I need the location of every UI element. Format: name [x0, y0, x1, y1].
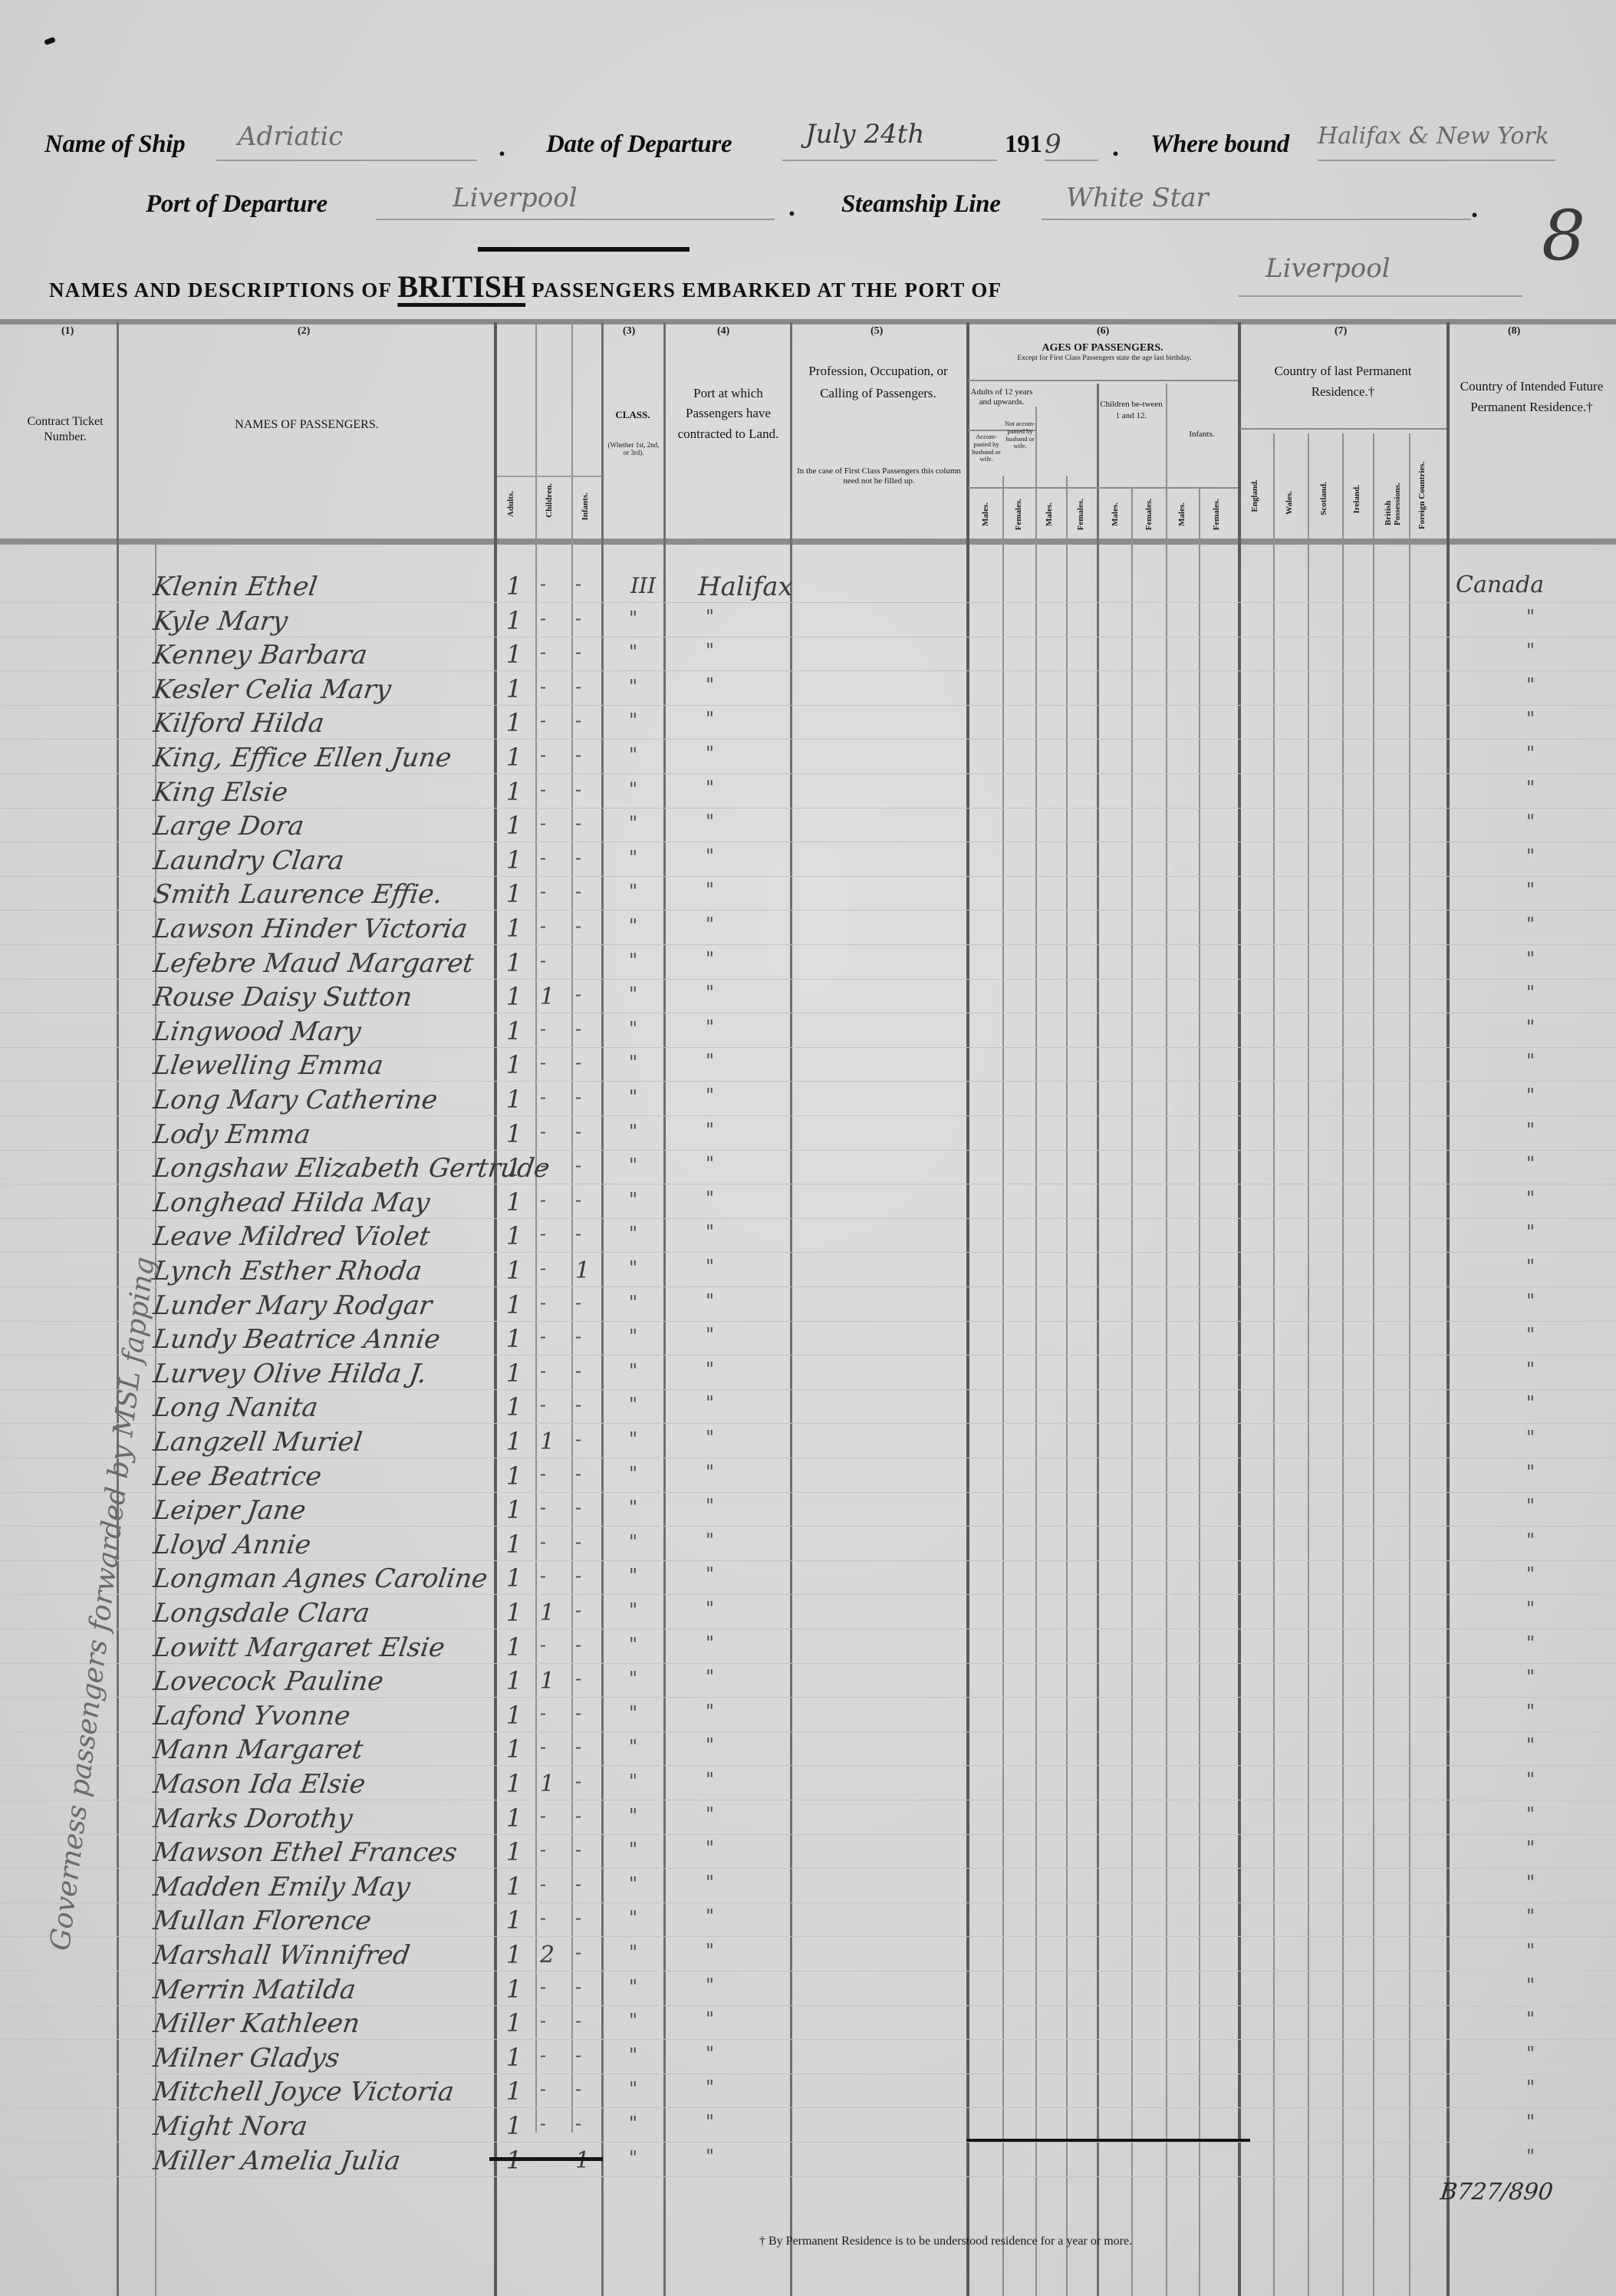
reference-number: B727/890 — [1439, 2179, 1554, 2205]
future-residence: " — [1526, 2008, 1535, 2030]
passenger-class: " — [629, 1052, 637, 1073]
females-header: Females. — [1014, 499, 1023, 530]
adults-count: 1 — [506, 914, 522, 943]
passenger-name: Lynch Esther Rhoda — [151, 1256, 423, 1286]
adults-count: 1 — [506, 1837, 522, 1866]
females-header: Females. — [1076, 499, 1085, 530]
port-to-land: " — [706, 845, 714, 867]
future-residence: " — [1526, 1769, 1535, 1790]
port-to-land: " — [706, 1872, 714, 1893]
infants-count: - — [575, 881, 581, 902]
port-to-land: " — [706, 1324, 714, 1346]
children-count: 1 — [540, 1428, 555, 1455]
children-count: - — [540, 1155, 546, 1176]
port-to-land: " — [706, 1701, 714, 1722]
females-header: Females. — [1144, 499, 1154, 530]
passenger-row: Mullan Florence1--""" — [0, 1906, 1616, 1939]
adults-count: 1 — [506, 1495, 522, 1524]
port-to-land: " — [706, 811, 714, 832]
passenger-name: Kesler Celia Mary — [151, 674, 393, 705]
adults-count: 1 — [506, 1632, 522, 1662]
passenger-class: " — [629, 1121, 637, 1142]
passenger-class: " — [629, 1771, 637, 1792]
adults-count: 1 — [506, 708, 522, 737]
future-residence: " — [1526, 1085, 1535, 1106]
name-of-ship-line — [216, 160, 477, 161]
children-count: - — [540, 1736, 546, 1757]
passenger-row: Longman Agnes Caroline1--""" — [0, 1563, 1616, 1597]
children-count: - — [540, 2078, 546, 2100]
port-to-land: " — [706, 1392, 714, 1414]
adults-count: 1 — [506, 1119, 522, 1148]
title-prefix: NAMES AND DESCRIPTIONS OF — [49, 278, 391, 301]
passenger-class: " — [629, 1907, 637, 1929]
children-count: - — [540, 2010, 546, 2031]
col6-number: (6) — [1097, 325, 1109, 338]
port-to-land: " — [706, 1666, 714, 1688]
passenger-class: " — [629, 1702, 637, 1724]
children-header: Children. — [545, 483, 554, 518]
footnote: † By Permanent Residence is to be unders… — [759, 2235, 1132, 2248]
port-to-land: " — [706, 879, 714, 901]
date-line — [782, 160, 997, 161]
port-to-land: " — [706, 708, 714, 730]
passenger-name: Laundry Clara — [151, 845, 346, 876]
future-residence: " — [1526, 1666, 1535, 1688]
males-header: Males. — [1045, 502, 1054, 526]
names-header: NAMES OF PASSENGERS. — [230, 414, 383, 435]
passenger-class: " — [629, 1668, 637, 1689]
port-to-land: " — [706, 743, 714, 764]
title-rule — [478, 247, 690, 252]
adults-count: 1 — [506, 1050, 522, 1079]
england-header: England. — [1250, 479, 1259, 512]
passenger-class: " — [629, 983, 637, 1005]
children-count: - — [540, 1873, 546, 1895]
children-count: - — [540, 2044, 546, 2066]
passenger-row: Laundry Clara1--""" — [0, 845, 1616, 879]
children-count: - — [540, 1292, 546, 1313]
adults-count: 1 — [506, 982, 522, 1011]
year-line — [1045, 160, 1098, 161]
adults-count: 1 — [506, 1975, 522, 2004]
last-residence-header: Country of last Permanent Residence.† — [1242, 361, 1443, 402]
passenger-name: Mason Ida Elsie — [151, 1769, 367, 1800]
future-residence: " — [1526, 1188, 1535, 1209]
passenger-class: " — [629, 1018, 637, 1039]
port-line — [376, 219, 775, 220]
passenger-row: Smith Laurence Effie.1--""" — [0, 879, 1616, 913]
port-to-land: " — [706, 948, 714, 970]
passenger-row: Lefebre Maud Margaret1-""" — [0, 948, 1616, 982]
future-residence: " — [1526, 1804, 1535, 1825]
passenger-name: Lloyd Annie — [151, 1530, 313, 1560]
passenger-name: Large Dora — [151, 811, 306, 842]
year-prefix: 191 — [1005, 130, 1042, 159]
future-residence: " — [1526, 1701, 1535, 1722]
adults-count: 1 — [506, 1290, 522, 1319]
infants-count: - — [575, 1736, 581, 1757]
passenger-row: Lowitt Margaret Elsie1--""" — [0, 1632, 1616, 1666]
infants-count: - — [575, 1018, 581, 1039]
children-count: - — [540, 1360, 546, 1382]
infants-count: - — [575, 1565, 581, 1586]
adults-count: 1 — [506, 948, 522, 977]
passenger-class: " — [629, 1873, 637, 1895]
year-suffix: 9 — [1045, 129, 1061, 160]
children-count: - — [540, 1907, 546, 1929]
children-count: - — [540, 2113, 546, 2134]
children-count: - — [540, 779, 546, 800]
infants-count: - — [575, 1463, 581, 1484]
passenger-row: King, Effice Ellen June1--""" — [0, 743, 1616, 776]
future-residence: " — [1526, 1050, 1535, 1072]
adults-count: 1 — [506, 845, 522, 875]
adults-count: 1 — [506, 1324, 522, 1353]
passenger-class: " — [629, 1634, 637, 1655]
where-bound-label: Where bound — [1150, 130, 1289, 159]
passenger-name: Lingwood Mary — [151, 1016, 363, 1047]
scotland-header: Scotland. — [1319, 482, 1328, 516]
port-to-land: " — [706, 1495, 714, 1517]
contract-ticket-header: Contract Ticket Number. — [15, 414, 115, 445]
passenger-class: " — [629, 1497, 637, 1518]
date-of-departure-value: July 24th — [805, 119, 924, 150]
manifest-title: NAMES AND DESCRIPTIONS OF BRITISH PASSEN… — [49, 268, 1002, 305]
passenger-name: Lundy Beatrice Annie — [151, 1324, 442, 1355]
port-to-land: " — [706, 1221, 714, 1243]
infants-count: - — [575, 2078, 581, 2100]
page-number: 8 — [1542, 196, 1585, 276]
future-residence: " — [1526, 1290, 1535, 1312]
passenger-class: " — [629, 881, 637, 902]
infants-count: - — [575, 1907, 581, 1929]
not-accompanied-header: Not accom-panied by husband or wife. — [1004, 420, 1036, 450]
females-header: Females. — [1212, 499, 1221, 530]
passenger-class: " — [629, 1257, 637, 1279]
passenger-row: Lody Emma1--""" — [0, 1119, 1616, 1153]
children-count: - — [540, 1189, 546, 1211]
port-to-land: " — [706, 1530, 714, 1551]
infants-count: - — [575, 1976, 581, 1998]
children-count: - — [540, 915, 546, 937]
infants-count: - — [575, 1873, 581, 1895]
port-to-land: " — [706, 1290, 714, 1312]
children-count: 1 — [540, 983, 555, 1010]
passenger-name: Long Mary Catherine — [151, 1085, 439, 1115]
children-count: 1 — [540, 1668, 555, 1695]
adults-count: 1 — [506, 811, 522, 840]
port-to-land: " — [706, 1188, 714, 1209]
passenger-name: Longsdale Clara — [151, 1598, 371, 1629]
passenger-name: Miller Kathleen — [151, 2008, 361, 2039]
children-count: 1 — [540, 1771, 555, 1797]
future-residence: " — [1526, 2146, 1535, 2167]
infants-count: - — [575, 1121, 581, 1142]
infants-count: - — [575, 1155, 581, 1176]
future-residence: " — [1526, 845, 1535, 867]
future-residence: " — [1526, 606, 1535, 628]
name-of-ship-label: Name of Ship — [44, 130, 185, 159]
passenger-name: Lurvey Olive Hilda J. — [151, 1359, 428, 1389]
adults-count: 1 — [506, 1734, 522, 1764]
passenger-name: Lody Emma — [151, 1119, 312, 1150]
children-count: - — [540, 1086, 546, 1108]
ages-note: Except for First Class Passengers state … — [997, 354, 1212, 363]
port-to-land: " — [706, 1734, 714, 1756]
where-bound-line — [1318, 160, 1555, 161]
future-residence: " — [1526, 914, 1535, 935]
port-to-land: Halifax — [698, 572, 793, 602]
children-count: - — [540, 1018, 546, 1039]
ages-subheader-line — [968, 380, 1238, 381]
future-residence: " — [1526, 1461, 1535, 1483]
future-residence: " — [1526, 1119, 1535, 1141]
port-to-land: " — [706, 2111, 714, 2133]
children-count: - — [540, 1565, 546, 1586]
future-residence: " — [1526, 1495, 1535, 1517]
infants-count: - — [575, 779, 581, 800]
passenger-row: Long Nanita1--""" — [0, 1392, 1616, 1426]
infants-count: - — [575, 1497, 581, 1518]
passenger-class: " — [629, 710, 637, 731]
port-to-land: " — [706, 674, 714, 696]
children-count: - — [540, 676, 546, 697]
infants-count: - — [575, 1942, 581, 1963]
passenger-class: " — [629, 1292, 637, 1313]
adults-count: 1 — [506, 1598, 522, 1627]
port-to-land: " — [706, 1804, 714, 1825]
class-subheader: (Whether 1st, 2nd, or 3rd). — [606, 441, 661, 457]
residence-subheader-line — [1239, 428, 1447, 430]
infants-count: - — [575, 744, 581, 766]
infants-count: - — [575, 915, 581, 937]
separator-dot: . — [1112, 130, 1119, 163]
infants-count: - — [575, 1634, 581, 1655]
port-to-land: " — [706, 1632, 714, 1654]
future-residence: " — [1526, 1324, 1535, 1346]
adults-count: 1 — [506, 2043, 522, 2072]
port-to-land: " — [706, 1050, 714, 1072]
passenger-row: Long Mary Catherine1--""" — [0, 1085, 1616, 1118]
future-residence: " — [1526, 1016, 1535, 1038]
future-residence: " — [1526, 1975, 1535, 1996]
totals-rule — [966, 2139, 1250, 2142]
passenger-row: Lloyd Annie1--""" — [0, 1530, 1616, 1563]
passenger-class: " — [629, 1463, 637, 1484]
port-to-land: " — [706, 1427, 714, 1448]
adults-count: 1 — [506, 1940, 522, 1969]
separator-dot: . — [499, 130, 505, 163]
name-of-ship-value: Adriatic — [238, 121, 343, 152]
infants-count: - — [575, 1599, 581, 1621]
passenger-name: King, Effice Ellen June — [151, 743, 453, 773]
where-bound-value: Halifax & New York — [1318, 123, 1549, 150]
passenger-name: Kilford Hilda — [151, 708, 326, 739]
passenger-class: " — [629, 2113, 637, 2134]
port-to-land: " — [706, 1769, 714, 1790]
infants-count: - — [575, 1394, 581, 1415]
children-count: - — [540, 1326, 546, 1347]
passenger-row: Large Dora1--""" — [0, 811, 1616, 845]
infants-count: - — [575, 847, 581, 868]
passenger-row: Lundy Beatrice Annie1--""" — [0, 1324, 1616, 1358]
passenger-row: Might Nora1--""" — [0, 2111, 1616, 2145]
children-count: - — [540, 1223, 546, 1244]
adults-count: 1 — [506, 1153, 522, 1182]
children-count: - — [540, 1634, 546, 1655]
separator-dot: . — [1471, 192, 1478, 224]
passenger-class: " — [629, 1942, 637, 1963]
passenger-name: Mawson Ethel Frances — [151, 1837, 459, 1868]
passenger-name: Mitchell Joyce Victoria — [151, 2077, 456, 2107]
port-of-departure-value: Liverpool — [453, 183, 578, 213]
steamship-line-line — [1042, 219, 1471, 220]
adults-count: 1 — [506, 1188, 522, 1217]
col1-number: (1) — [61, 325, 74, 338]
future-residence: " — [1526, 1563, 1535, 1585]
children-count: - — [540, 573, 546, 595]
passenger-name: Marshall Winnifred — [151, 1940, 412, 1971]
port-to-land: " — [706, 2077, 714, 2098]
future-residence: " — [1526, 1940, 1535, 1962]
accompanied-header: Accom-panied by husband or wife. — [970, 433, 1002, 463]
passenger-class: " — [629, 1326, 637, 1347]
corner-mark — [44, 37, 56, 45]
port-to-land: " — [706, 1359, 714, 1380]
passenger-name: Rouse Daisy Sutton — [151, 982, 414, 1013]
passenger-class: " — [629, 1155, 637, 1176]
infants-count: - — [575, 2113, 581, 2134]
infants-count: - — [575, 1805, 581, 1827]
passenger-name: Klenin Ethel — [151, 572, 319, 602]
infants-count: - — [575, 1086, 581, 1108]
passenger-class: " — [629, 950, 637, 971]
ages-mf-line — [968, 487, 1238, 489]
passenger-row: Lafond Yvonne1--""" — [0, 1701, 1616, 1734]
passenger-class: " — [629, 676, 637, 697]
males-header: Males. — [1177, 502, 1186, 526]
passenger-class: " — [629, 1223, 637, 1244]
children-count: - — [540, 1839, 546, 1860]
children-count: 1 — [540, 1599, 555, 1626]
future-residence-header: Country of Intended Future Permanent Res… — [1451, 376, 1612, 417]
profession-note: In the case of First Class Passengers th… — [795, 466, 963, 486]
separator-dot: . — [788, 190, 795, 222]
males-header: Males. — [981, 502, 990, 526]
ireland-header: Ireland. — [1352, 485, 1361, 513]
passenger-name: Lovecock Pauline — [151, 1666, 385, 1697]
children-count: - — [540, 1531, 546, 1553]
port-to-land: " — [706, 914, 714, 935]
future-residence: " — [1526, 879, 1535, 901]
port-to-land: " — [706, 2043, 714, 2064]
passenger-row: Langzell Muriel11-""" — [0, 1427, 1616, 1461]
col7-number: (7) — [1335, 325, 1347, 338]
passenger-class: " — [629, 1531, 637, 1553]
col2-number: (2) — [298, 325, 310, 338]
children-count: - — [540, 812, 546, 834]
passenger-name: Llewelling Emma — [151, 1050, 385, 1081]
passenger-class: " — [629, 915, 637, 937]
adults-count: 1 — [506, 1701, 522, 1730]
table-top-border — [0, 319, 1616, 324]
port-of-departure-label: Port of Departure — [146, 190, 327, 219]
adults-count: 1 — [506, 1085, 522, 1114]
passenger-row: Mawson Ethel Frances1--""" — [0, 1837, 1616, 1871]
children-1-12-header: Children be-tween 1 and 12. — [1098, 399, 1164, 423]
infants-count: - — [575, 1223, 581, 1244]
future-residence: Canada — [1456, 572, 1544, 598]
children-count: - — [540, 1497, 546, 1518]
adults-count: 1 — [506, 1563, 522, 1593]
passenger-name: Lefebre Maud Margaret — [151, 948, 476, 979]
children-count: - — [540, 744, 546, 766]
col8-number: (8) — [1508, 325, 1520, 338]
port-to-land: " — [706, 1598, 714, 1619]
port-to-land: " — [706, 640, 714, 661]
passenger-class: " — [629, 1189, 637, 1211]
passenger-name: Lee Beatrice — [151, 1461, 324, 1492]
passenger-name: Longhead Hilda May — [151, 1188, 432, 1218]
passenger-name: Milner Gladys — [151, 2043, 341, 2074]
manifest-page: Name of Ship Adriatic . Date of Departur… — [0, 0, 1616, 2296]
children-count: 2 — [540, 1942, 555, 1968]
passenger-row: Mitchell Joyce Victoria1--""" — [0, 2077, 1616, 2110]
infants-count: - — [575, 1839, 581, 1860]
port-to-land: " — [706, 1256, 714, 1277]
adults-count: 1 — [506, 1872, 522, 1901]
passenger-class: " — [629, 2078, 637, 2100]
col5-number: (5) — [871, 325, 883, 338]
passenger-class: " — [629, 2147, 637, 2169]
infants-count: - — [575, 1360, 581, 1382]
passenger-class: " — [629, 1976, 637, 1998]
ages-header: AGES OF PASSENGERS. — [970, 341, 1235, 355]
port-to-land: " — [706, 1085, 714, 1106]
adults-count: 1 — [506, 1804, 522, 1833]
future-residence: " — [1526, 674, 1535, 696]
infants-count: - — [575, 1702, 581, 1724]
adults-count: 1 — [506, 1906, 522, 1935]
passenger-name: Lawson Hinder Victoria — [151, 914, 469, 944]
children-count: - — [540, 1121, 546, 1142]
col4-number: (4) — [717, 325, 729, 338]
future-residence: " — [1526, 2111, 1535, 2133]
adults-count: 1 — [506, 640, 522, 669]
date-of-departure-label: Date of Departure — [546, 130, 732, 159]
future-residence: " — [1526, 708, 1535, 730]
adults-count: 1 — [506, 879, 522, 908]
passenger-row: Miller Kathleen1--""" — [0, 2008, 1616, 2042]
future-residence: " — [1526, 1837, 1535, 1859]
passenger-class: " — [629, 1805, 637, 1827]
adults-count: 1 — [506, 1392, 522, 1421]
passenger-class: " — [629, 1360, 637, 1382]
wales-header: Wales. — [1285, 491, 1294, 515]
passenger-name: Lunder Mary Rodgar — [151, 1290, 433, 1321]
passenger-class: " — [629, 812, 637, 834]
infants-age-header: Infants. — [1167, 430, 1236, 440]
adults-count: 1 — [506, 2008, 522, 2037]
passenger-name: Smith Laurence Effie. — [151, 879, 444, 910]
future-residence: " — [1526, 1221, 1535, 1243]
title-british: BRITISH — [397, 269, 525, 304]
title-suffix: PASSENGERS EMBARKED AT THE PORT OF — [532, 278, 1002, 301]
infants-count: - — [575, 1428, 581, 1450]
foreign-countries-header: Foreign Countries. — [1417, 460, 1439, 529]
future-residence: " — [1526, 2043, 1535, 2064]
